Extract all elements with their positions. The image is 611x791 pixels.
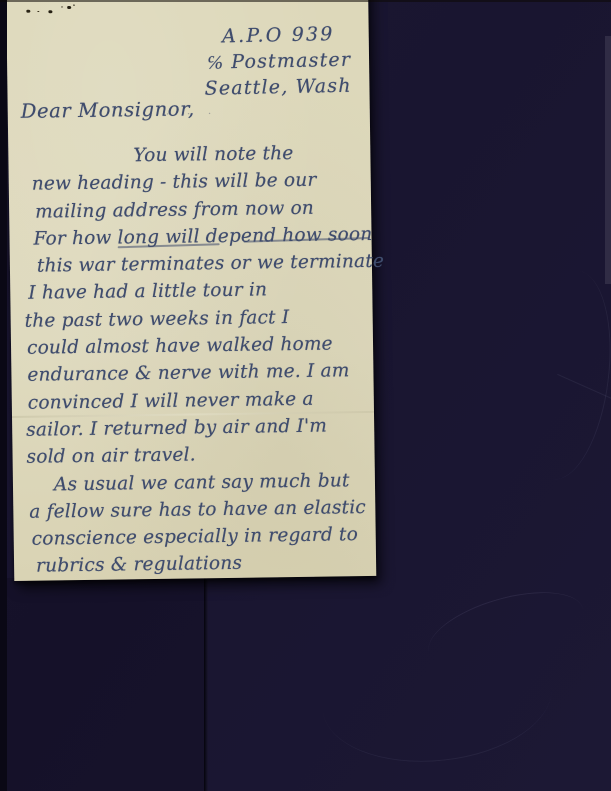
backing-fold-crease: [204, 574, 208, 791]
ink-smudge: [26, 10, 30, 13]
backing-shadow-area: [7, 578, 205, 791]
heading-postmaster-line: ℅ Postmaster: [204, 47, 352, 76]
heading-city-line: Seattle, Wash: [204, 73, 352, 102]
letter-line: new heading - this will be our: [32, 166, 367, 198]
scanned-letter-background: A.P.O 939 ℅ Postmaster Seattle, Wash Dea…: [0, 0, 611, 791]
scan-top-edge: [0, 0, 611, 2]
letter-line: endurance & nerve with me. I am: [27, 357, 369, 389]
scan-right-edge-wear: [605, 36, 611, 284]
scan-left-edge: [0, 0, 7, 791]
letter-heading: A.P.O 939 ℅ Postmaster Seattle, Wash: [203, 21, 352, 102]
faint-pencil-marks: · · ·: [166, 107, 219, 121]
letter-page: A.P.O 939 ℅ Postmaster Seattle, Wash Dea…: [6, 0, 376, 581]
letter-line: this war terminates or we terminate: [37, 248, 368, 280]
letter-line: You will note the: [133, 139, 366, 170]
letter-line: conscience especially in regard to: [32, 521, 372, 553]
letter-line: rubrics & regulations: [36, 548, 372, 580]
letter-line: As usual we cant say much but: [54, 467, 371, 499]
letter-body: You will note the new heading - this wil…: [21, 139, 372, 581]
heading-apo-line: A.P.O 939: [203, 21, 335, 50]
